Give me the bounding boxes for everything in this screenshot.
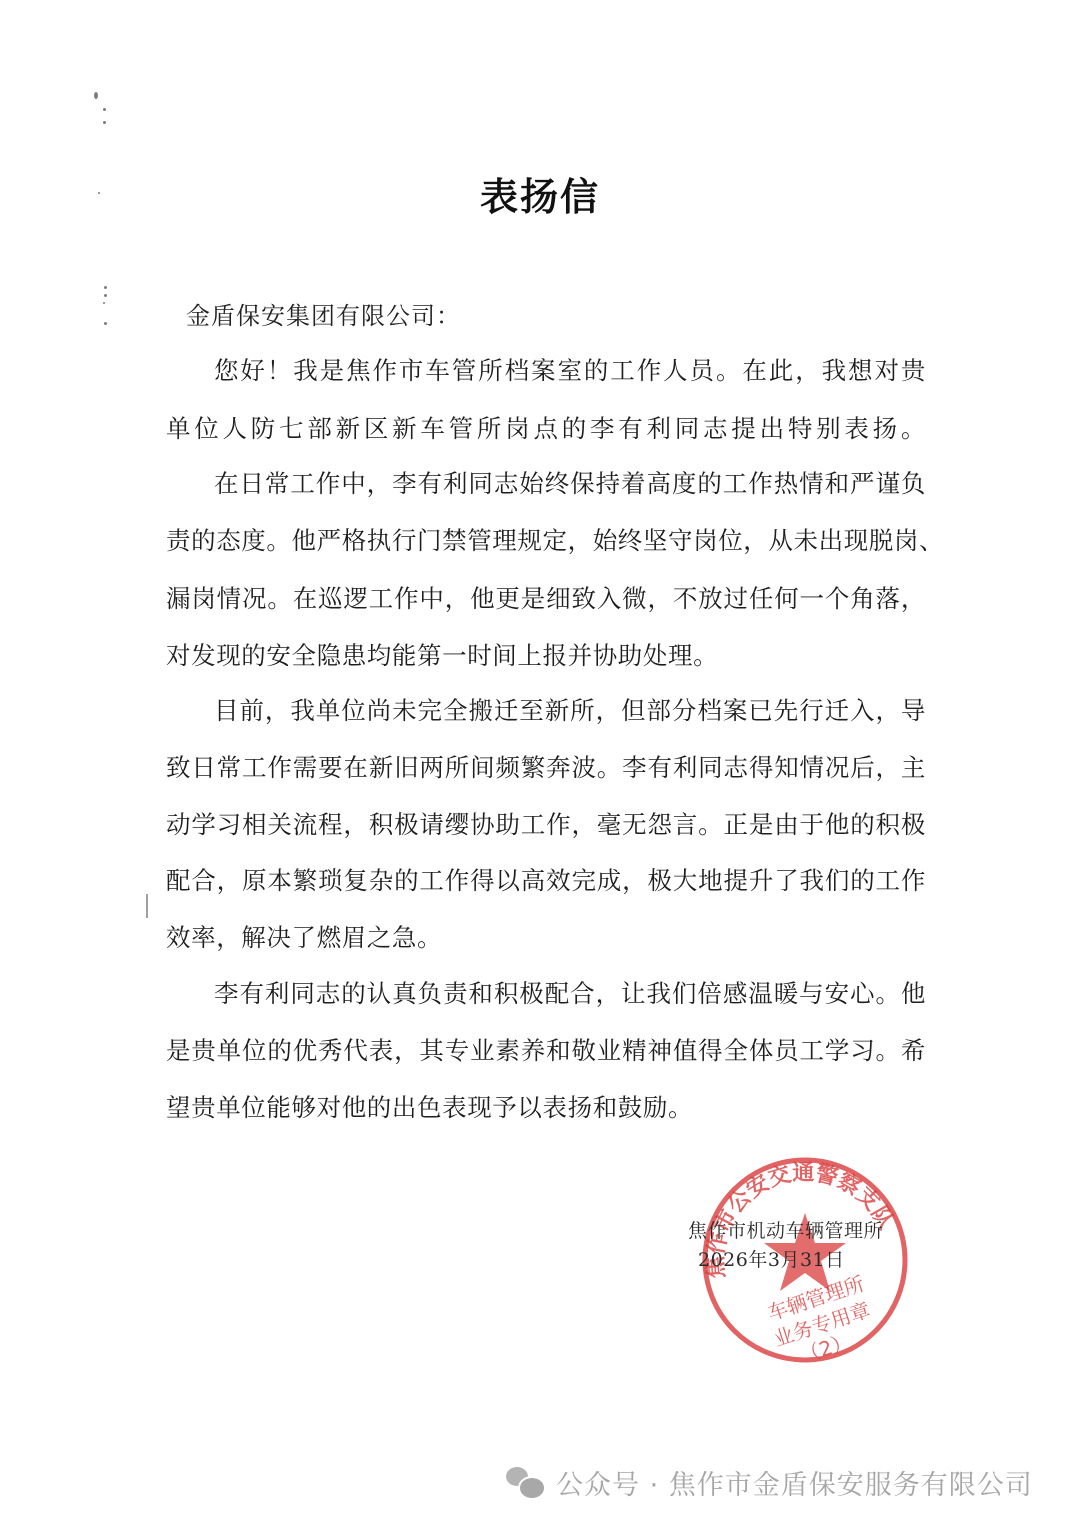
watermark-text: 公众号 · 焦作市金盾保安服务有限公司 <box>556 1463 1033 1502</box>
scan-speck <box>104 286 107 289</box>
body-line: 动学习相关流程，积极请缨协助工作，毫无怨言。正是由于他的积极 <box>166 806 926 841</box>
salutation: 金盾保安集团有限公司： <box>186 296 461 331</box>
scan-speck <box>94 92 98 99</box>
body-line: 您好！我是焦作市车管所档案室的工作人员。在此，我想对贵 <box>214 352 926 387</box>
body-line: 致日常工作需要在新旧两所间频繁奔波。李有利同志得知情况后，主 <box>166 749 926 784</box>
letter-title: 表扬信 <box>0 166 1080 221</box>
body-line: 在日常工作中，李有利同志始终保持着高度的工作热情和严谨负 <box>214 465 926 500</box>
scan-speck <box>103 121 106 124</box>
wechat-watermark: 公众号 · 焦作市金盾保安服务有限公司 <box>506 1460 1033 1504</box>
scan-mark <box>146 894 148 918</box>
body-line: 目前，我单位尚未完全搬迁至新所，但部分档案已先行迁入，导 <box>214 692 926 727</box>
scan-speck <box>103 302 105 304</box>
body-line: 单位人防七部新区新车管所岗点的李有利同志提出特别表扬。 <box>166 410 926 445</box>
signature-date: 2026年3月31日 <box>698 1245 845 1272</box>
body-line: 望贵单位能够对他的出色表现予以表扬和鼓励。 <box>166 1089 926 1124</box>
wechat-icon <box>506 1467 542 1497</box>
body-line: 漏岗情况。在巡逻工作中，他更是细致入微，不放过任何一个角落， <box>166 580 926 615</box>
letter-page: 表扬信 金盾保安集团有限公司： 您好！我是焦作市车管所档案室的工作人员。在此，我… <box>0 0 1080 1528</box>
body-line: 责的态度。他严格执行门禁管理规定，始终坚守岗位，从未出现脱岗、 <box>166 522 926 557</box>
body-line: 效率，解决了燃眉之急。 <box>166 919 926 954</box>
scan-speck <box>104 322 107 325</box>
scan-speck <box>104 294 107 297</box>
body-line: 对发现的安全隐患均能第一时间上报并协助处理。 <box>166 637 926 672</box>
scan-speck <box>103 108 106 111</box>
signer-organization: 焦作市机动车辆管理所 <box>688 1216 883 1243</box>
body-line: 配合，原本繁琐复杂的工作得以高效完成，极大地提升了我们的工作 <box>166 862 926 897</box>
body-line: 李有利同志的认真负责和积极配合，让我们倍感温暖与安心。他 <box>214 975 926 1010</box>
body-line: 是贵单位的优秀代表，其专业素养和敬业精神值得全体员工学习。希 <box>166 1032 926 1067</box>
